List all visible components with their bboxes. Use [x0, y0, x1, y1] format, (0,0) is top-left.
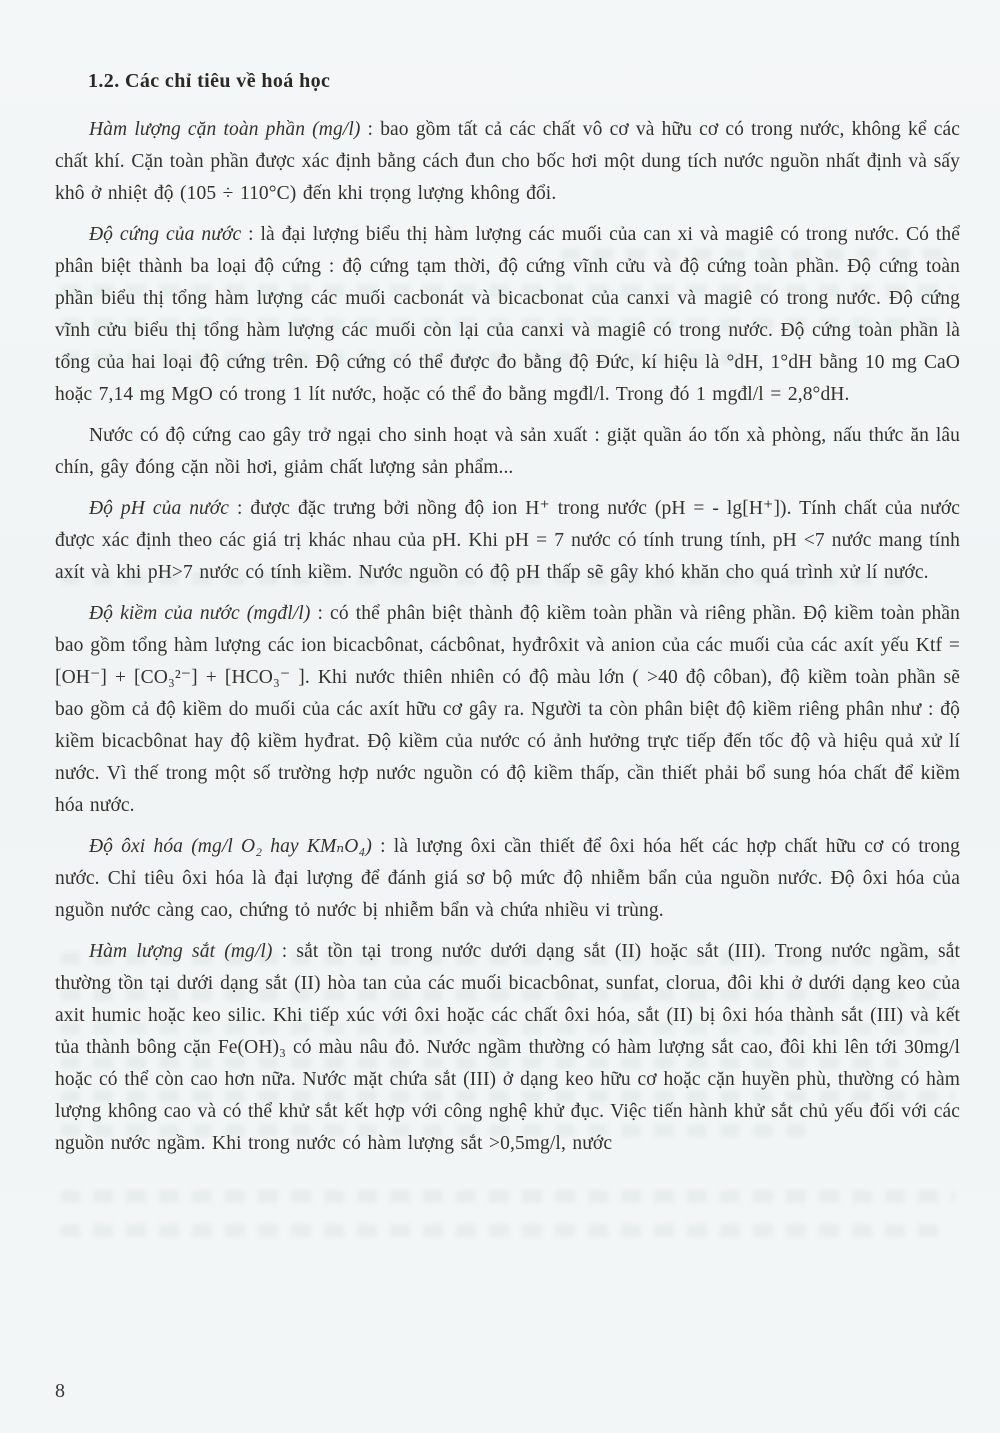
page-text-block: 1.2. Các chỉ tiêu về hoá học Hàm lượng c…	[55, 70, 960, 1169]
paragraph-body-hardness: : là đại lượng biểu thị hàm lượng các mu…	[55, 224, 960, 405]
paragraph-lead-iron-content: Hàm lượng sắt (mg/l)	[89, 941, 273, 962]
paragraph-lead-hardness: Độ cứng của nước	[89, 224, 241, 245]
paragraph-total-residue: Hàm lượng cặn toàn phần (mg/l) : bao gồm…	[55, 114, 960, 210]
paragraph-alkalinity: Độ kiềm của nước (mgđl/l) : có thể phân …	[55, 598, 960, 822]
page-number: 8	[55, 1380, 65, 1403]
paragraph-lead-total-residue: Hàm lượng cặn toàn phần (mg/l)	[89, 119, 360, 140]
paragraph-lead-alkalinity: Độ kiềm của nước (mgđl/l)	[89, 603, 310, 624]
bleed-through-artifact	[60, 1190, 955, 1203]
paragraph-lead-oxidation: Độ ôxi hóa (mg/l O₂ hay KMₙO₄)	[89, 836, 372, 857]
paragraph-hardness: Độ cứng của nước : là đại lượng biểu thị…	[55, 219, 960, 411]
scanned-book-page: 1.2. Các chỉ tiêu về hoá học Hàm lượng c…	[0, 0, 1000, 1433]
section-heading: 1.2. Các chỉ tiêu về hoá học	[88, 70, 960, 93]
bleed-through-artifact	[60, 1224, 940, 1237]
paragraph-oxidation: Độ ôxi hóa (mg/l O₂ hay KMₙO₄) : là lượn…	[55, 831, 960, 927]
paragraph-hardness-effects: Nước có độ cứng cao gây trở ngại cho sin…	[55, 420, 960, 484]
paragraph-lead-ph: Độ pH của nước	[89, 498, 229, 519]
paragraph-body-iron-content: : sắt tồn tại trong nước dưới dạng sắt (…	[55, 941, 960, 1154]
paragraph-body-hardness-effects: Nước có độ cứng cao gây trở ngại cho sin…	[55, 425, 960, 478]
paragraph-ph: Độ pH của nước : được đặc trưng bởi nồng…	[55, 493, 960, 589]
paragraph-body-alkalinity: : có thể phân biệt thành độ kiềm toàn ph…	[55, 603, 960, 816]
paragraph-iron-content: Hàm lượng sắt (mg/l) : sắt tồn tại trong…	[55, 936, 960, 1160]
